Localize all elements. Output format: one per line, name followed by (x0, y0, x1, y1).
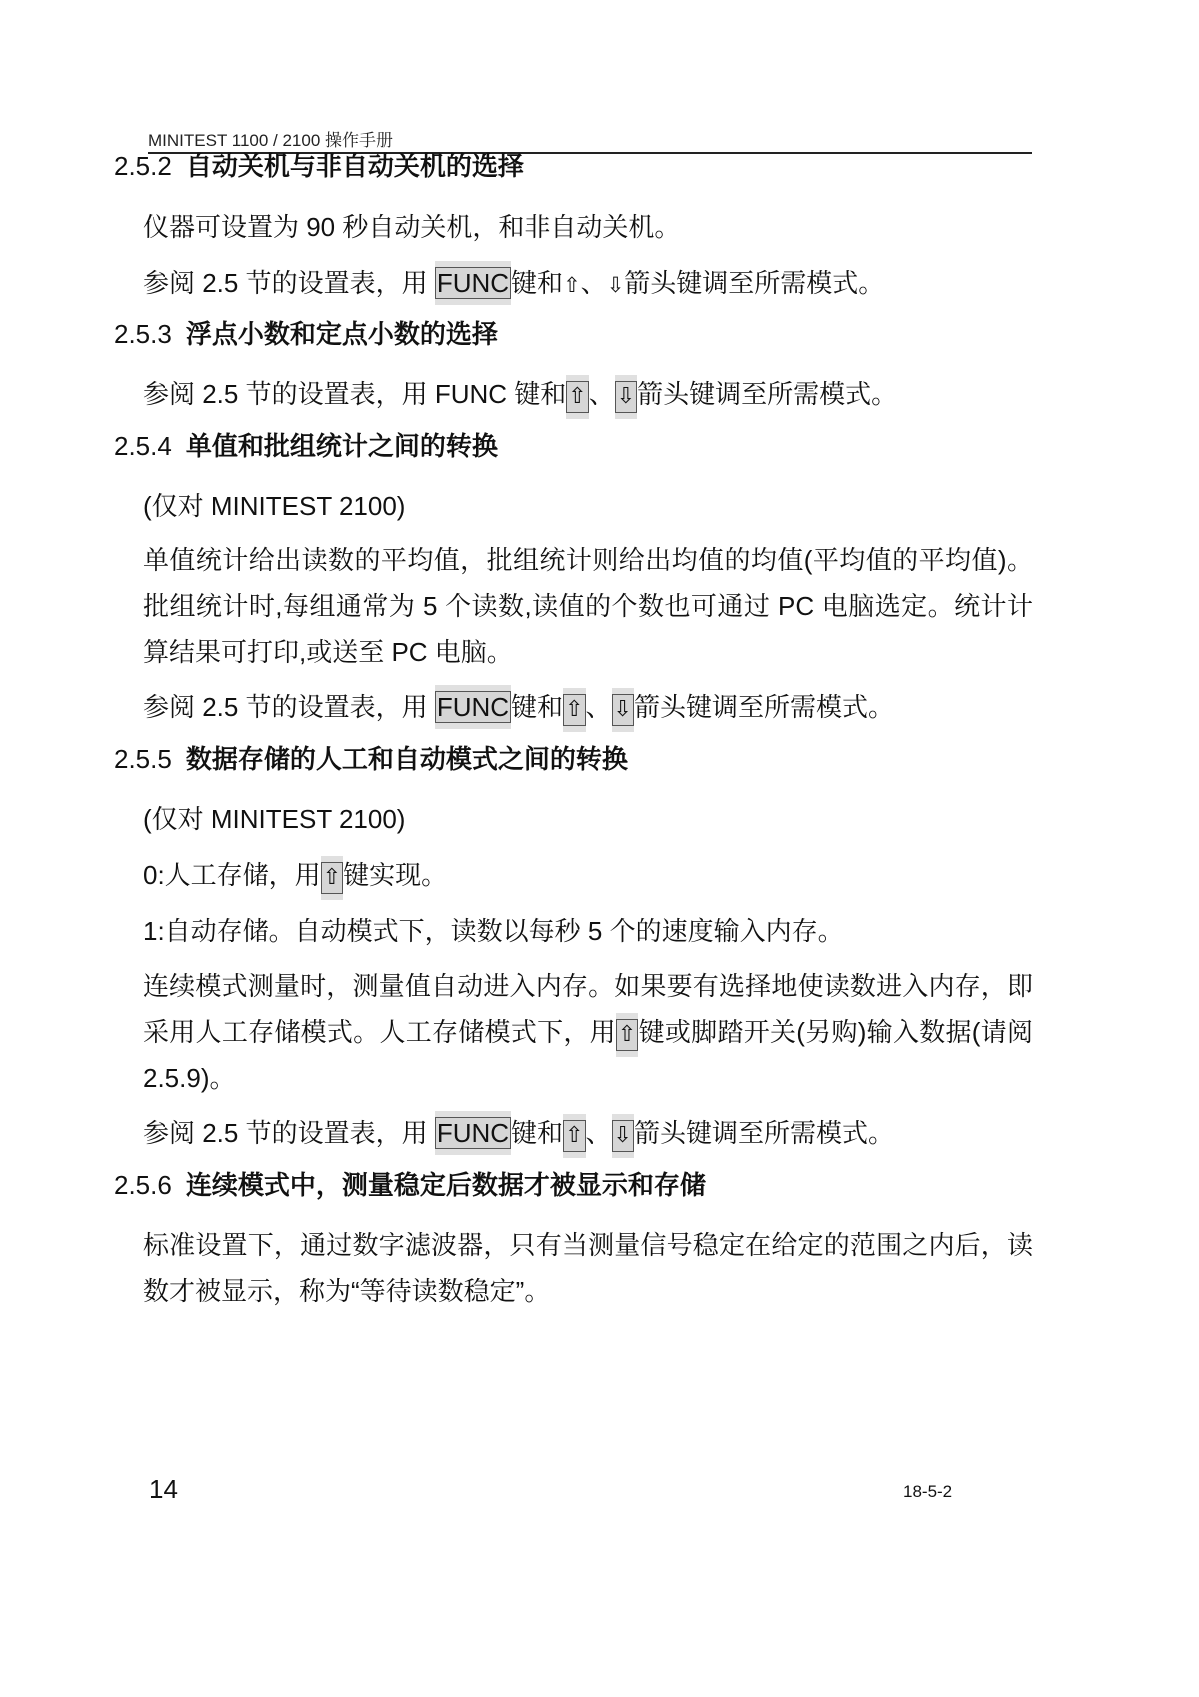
paragraph: 连续模式测量时，测量值自动进入内存。如果要有选择地使读数进入内存，即采用人工存储… (143, 963, 1033, 1101)
paragraph: 单值统计给出读数的平均值，批组统计则给出均值的均值(平均值的平均值)。批组统计时… (143, 537, 1033, 675)
section-heading-2-5-2: 2.5.2自动关机与非自动关机的选择 (114, 150, 524, 182)
func-key-label: FUNC (435, 691, 511, 723)
up-arrow-icon: ⇧ (563, 273, 581, 297)
text-run: 键和 (511, 1118, 563, 1148)
paragraph-note: (仅对 MINITEST 2100) (143, 482, 1033, 531)
text-run: 箭头键调至所需模式。 (637, 379, 897, 409)
running-header: MINITEST 1100 / 2100 操作手册 (148, 126, 393, 151)
paragraph-option-auto: 1:自动存储。自动模式下，读数以每秒 5 个的速度输入内存。 (143, 907, 1033, 956)
text-run: 参阅 2.5 节的设置表，用 (143, 692, 435, 722)
up-arrow-key-icon: ⇧ (563, 1120, 585, 1152)
paragraph: 标准设置下，通过数字滤波器，只有当测量信号稳定在给定的范围之内后，读数才被显示，… (143, 1222, 1033, 1314)
text-run: 0:人工存储，用 (143, 860, 321, 890)
paragraph-instruction: 参阅 2.5 节的设置表，用 FUNC 键和⇧、⇩箭头键调至所需模式。 (143, 370, 1033, 419)
text-run: 参阅 2.5 节的设置表，用 (143, 268, 435, 298)
paragraph-option-manual: 0:人工存储，用⇧键实现。 (143, 851, 1033, 900)
text-run: 参阅 2.5 节的设置表，用 FUNC 键和 (143, 379, 566, 409)
text-run: 参阅 2.5 节的设置表，用 (143, 1118, 435, 1148)
up-arrow-key-icon: ⇧ (321, 862, 343, 894)
text-run: 箭头键调至所需模式。 (624, 268, 884, 298)
func-key-label: FUNC (435, 1117, 511, 1149)
down-arrow-key-icon: ⇩ (612, 694, 634, 726)
section-title: 连续模式中，测量稳定后数据才被显示和存储 (186, 1170, 706, 1200)
up-arrow-key-icon: ⇧ (566, 381, 588, 413)
func-key-label: FUNC (435, 267, 511, 299)
down-arrow-key-icon: ⇩ (612, 1120, 634, 1152)
up-arrow-key-icon: ⇧ (563, 694, 585, 726)
text-run: 键和 (511, 268, 563, 298)
section-heading-2-5-6: 2.5.6连续模式中，测量稳定后数据才被显示和存储 (114, 1169, 706, 1201)
text-run: 箭头键调至所需模式。 (634, 692, 894, 722)
paragraph-instruction: 参阅 2.5 节的设置表，用 FUNC键和⇧、⇩箭头键调至所需模式。 (143, 1109, 1033, 1158)
paragraph-note: (仅对 MINITEST 2100) (143, 795, 1033, 844)
up-arrow-key-icon: ⇧ (616, 1019, 638, 1051)
paragraph: 仪器可设置为 90 秒自动关机，和非自动关机。 (143, 203, 1033, 252)
section-heading-2-5-3: 2.5.3浮点小数和定点小数的选择 (114, 318, 498, 350)
section-number: 2.5.6 (114, 1170, 172, 1200)
text-run: 箭头键调至所需模式。 (634, 1118, 894, 1148)
page-number: 14 (149, 1474, 178, 1505)
down-arrow-icon: ⇩ (607, 273, 625, 297)
section-heading-2-5-4: 2.5.4单值和批组统计之间的转换 (114, 430, 498, 462)
paragraph-instruction: 参阅 2.5 节的设置表，用 FUNC键和⇧、⇩箭头键调至所需模式。 (143, 259, 1033, 310)
text-run: 、 (581, 268, 607, 298)
section-number: 2.5.5 (114, 744, 172, 774)
section-number: 2.5.3 (114, 319, 172, 349)
text-run: 、 (586, 692, 612, 722)
date-code: 18-5-2 (903, 1482, 952, 1502)
manual-page: MINITEST 1100 / 2100 操作手册 2.5.2自动关机与非自动关… (0, 0, 1199, 1697)
text-run: 键和 (511, 692, 563, 722)
section-title: 单值和批组统计之间的转换 (186, 431, 498, 461)
section-heading-2-5-5: 2.5.5数据存储的人工和自动模式之间的转换 (114, 743, 628, 775)
section-title: 自动关机与非自动关机的选择 (186, 151, 524, 181)
section-title: 浮点小数和定点小数的选择 (186, 319, 498, 349)
section-number: 2.5.2 (114, 151, 172, 181)
text-run: 、 (589, 379, 615, 409)
text-run: 、 (586, 1118, 612, 1148)
down-arrow-key-icon: ⇩ (615, 381, 637, 413)
section-title: 数据存储的人工和自动模式之间的转换 (186, 744, 628, 774)
paragraph-instruction: 参阅 2.5 节的设置表，用 FUNC键和⇧、⇩箭头键调至所需模式。 (143, 683, 1033, 732)
text-run: 键实现。 (343, 860, 447, 890)
section-number: 2.5.4 (114, 431, 172, 461)
